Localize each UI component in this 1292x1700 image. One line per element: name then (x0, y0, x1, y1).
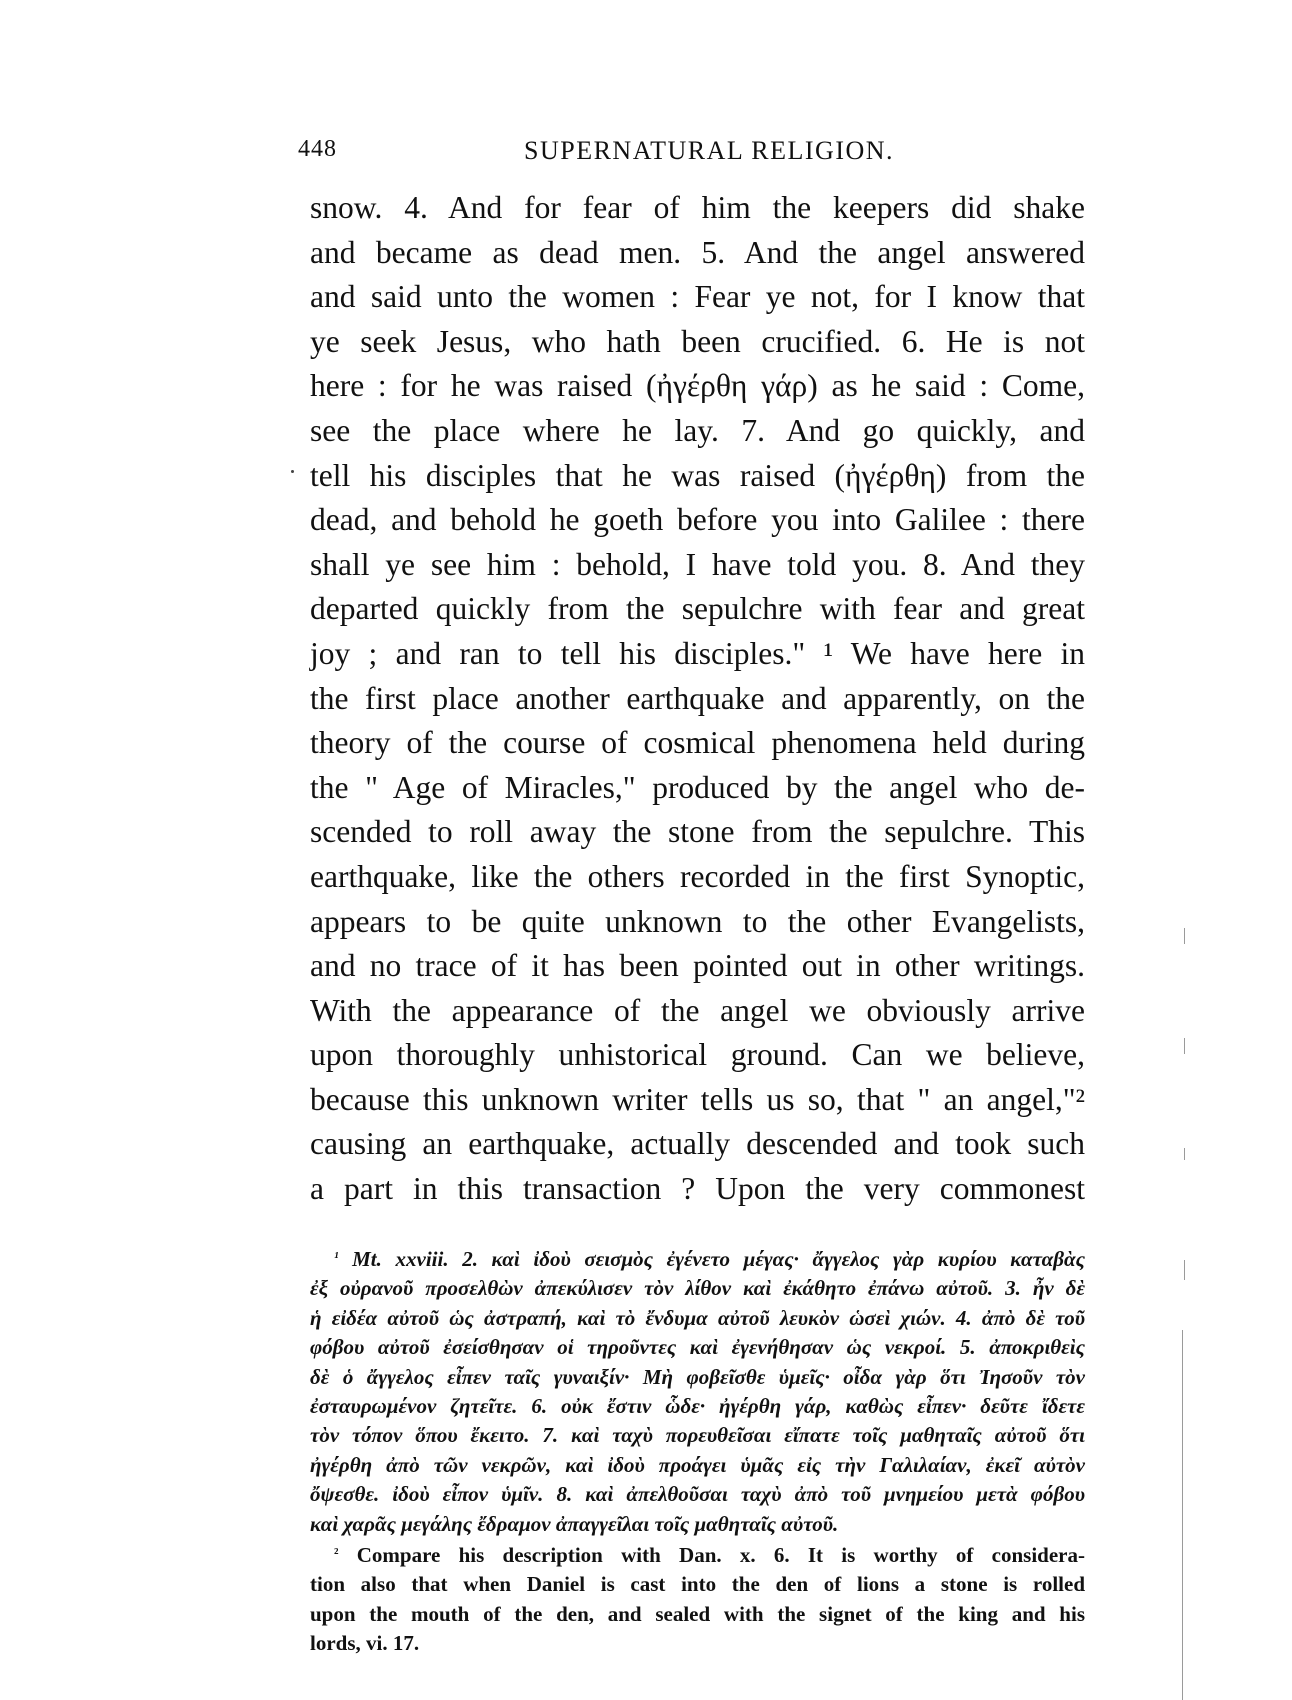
footnote-line: δὲ ὁ ἄγγελος εἶπεν ταῖς γυναιξίν· Μὴ φοβ… (310, 1363, 1085, 1392)
text-line: causing an earthquake, actually descende… (310, 1122, 1085, 1167)
text-line: With the appearance of the angel we obvi… (310, 989, 1085, 1034)
footnote-line: upon the mouth of the den, and sealed wi… (310, 1600, 1085, 1629)
text-line: departed quickly from the sepulchre with… (310, 587, 1085, 632)
text-line: appears to be quite unknown to the other… (310, 900, 1085, 945)
scan-margin-mark (1182, 1330, 1183, 1700)
footnote-line: τὸν τόπον ὅπου ἔκειτο. 7. καὶ ταχὺ πορευ… (310, 1421, 1085, 1450)
text-line: and became as dead men. 5. And the angel… (310, 231, 1085, 276)
footnote-line: καὶ χαρᾶς μεγάλης ἔδραμον ἀπαγγεῖλαι τοῖ… (310, 1510, 1085, 1539)
footnote-line: ¹ Mt. xxviii. 2. καὶ ἰδοὺ σεισμὸς ἐγένετ… (310, 1245, 1085, 1274)
text-line: theory of the course of cosmical phenome… (310, 721, 1085, 766)
text-line: earthquake, like the others recorded in … (310, 855, 1085, 900)
running-header: 448 SUPERNATURAL RELIGION. (298, 136, 1078, 176)
scan-margin-mark (1184, 1148, 1185, 1160)
footnotes: ¹ Mt. xxviii. 2. καὶ ἰδοὺ σεισμὸς ἐγένετ… (310, 1245, 1085, 1658)
footnote-marker: ² (334, 1546, 339, 1562)
main-text: snow. 4. And for fear of him the keepers… (310, 186, 1085, 1212)
text-line: joy ; and ran to tell his disciples." ¹ … (310, 632, 1085, 677)
text-line: the first place another earthquake and a… (310, 677, 1085, 722)
footnote-line: ἡ εἰδέα αὐτοῦ ὡς ἀστραπή, καὶ τὸ ἔνδυμα … (310, 1304, 1085, 1333)
footnote-line: ἐξ οὐρανοῦ προσελθὼν ἀπεκύλισεν τὸν λίθο… (310, 1274, 1085, 1303)
footnote-line: tion also that when Daniel is cast into … (310, 1570, 1085, 1599)
page-number: 448 (298, 136, 337, 163)
text-line: upon thoroughly unhistorical ground. Can… (310, 1033, 1085, 1078)
footnote-line: ² Compare his description with Dan. x. 6… (310, 1541, 1085, 1570)
footnote-marker: ¹ (334, 1250, 339, 1266)
scan-margin-mark (1184, 1038, 1185, 1054)
text-line: dead, and behold he goeth before you int… (310, 498, 1085, 543)
text-line: a part in this transaction ? Upon the ve… (310, 1167, 1085, 1212)
running-title: SUPERNATURAL RELIGION. (524, 136, 894, 166)
text-line: and said unto the women : Fear ye not, f… (310, 275, 1085, 320)
scan-margin-mark (1184, 1260, 1185, 1280)
text-line: snow. 4. And for fear of him the keepers… (310, 186, 1085, 231)
text-line: here : for he was raised (ἠγέρθη γάρ) as… (310, 364, 1085, 409)
text-line: ye seek Jesus, who hath been crucified. … (310, 320, 1085, 365)
footnote-line: ὄψεσθε. ἰδοὺ εἶπον ὑμῖν. 8. καὶ ἀπελθοῦσ… (310, 1480, 1085, 1509)
text-line: the " Age of Miracles," produced by the … (310, 766, 1085, 811)
footnote-line: φόβου αὐτοῦ ἐσείσθησαν οἱ τηροῦντες καὶ … (310, 1333, 1085, 1362)
text-line: tell his disciples that he was raised (ἠ… (310, 454, 1085, 499)
text-line: see the place where he lay. 7. And go qu… (310, 409, 1085, 454)
footnote-line: ἐσταυρωμένον ζητεῖτε. 6. οὐκ ἔστιν ὧδε· … (310, 1392, 1085, 1421)
footnote-line: lords, vi. 17. (310, 1629, 1085, 1658)
footnote-1: ¹ Mt. xxviii. 2. καὶ ἰδοὺ σεισμὸς ἐγένετ… (310, 1245, 1085, 1539)
text-line: scended to roll away the stone from the … (310, 810, 1085, 855)
footnote-2: ² Compare his description with Dan. x. 6… (310, 1541, 1085, 1659)
text-line: and no trace of it has been pointed out … (310, 944, 1085, 989)
scan-speck (291, 470, 294, 473)
footnote-line: ἠγέρθη ἀπὸ τῶν νεκρῶν, καὶ ἰδοὺ προάγει … (310, 1451, 1085, 1480)
scan-margin-mark (1184, 928, 1185, 944)
book-page: 448 SUPERNATURAL RELIGION. snow. 4. And … (0, 0, 1292, 1700)
text-line: because this unknown writer tells us so,… (310, 1078, 1085, 1123)
text-line: shall ye see him : behold, I have told y… (310, 543, 1085, 588)
